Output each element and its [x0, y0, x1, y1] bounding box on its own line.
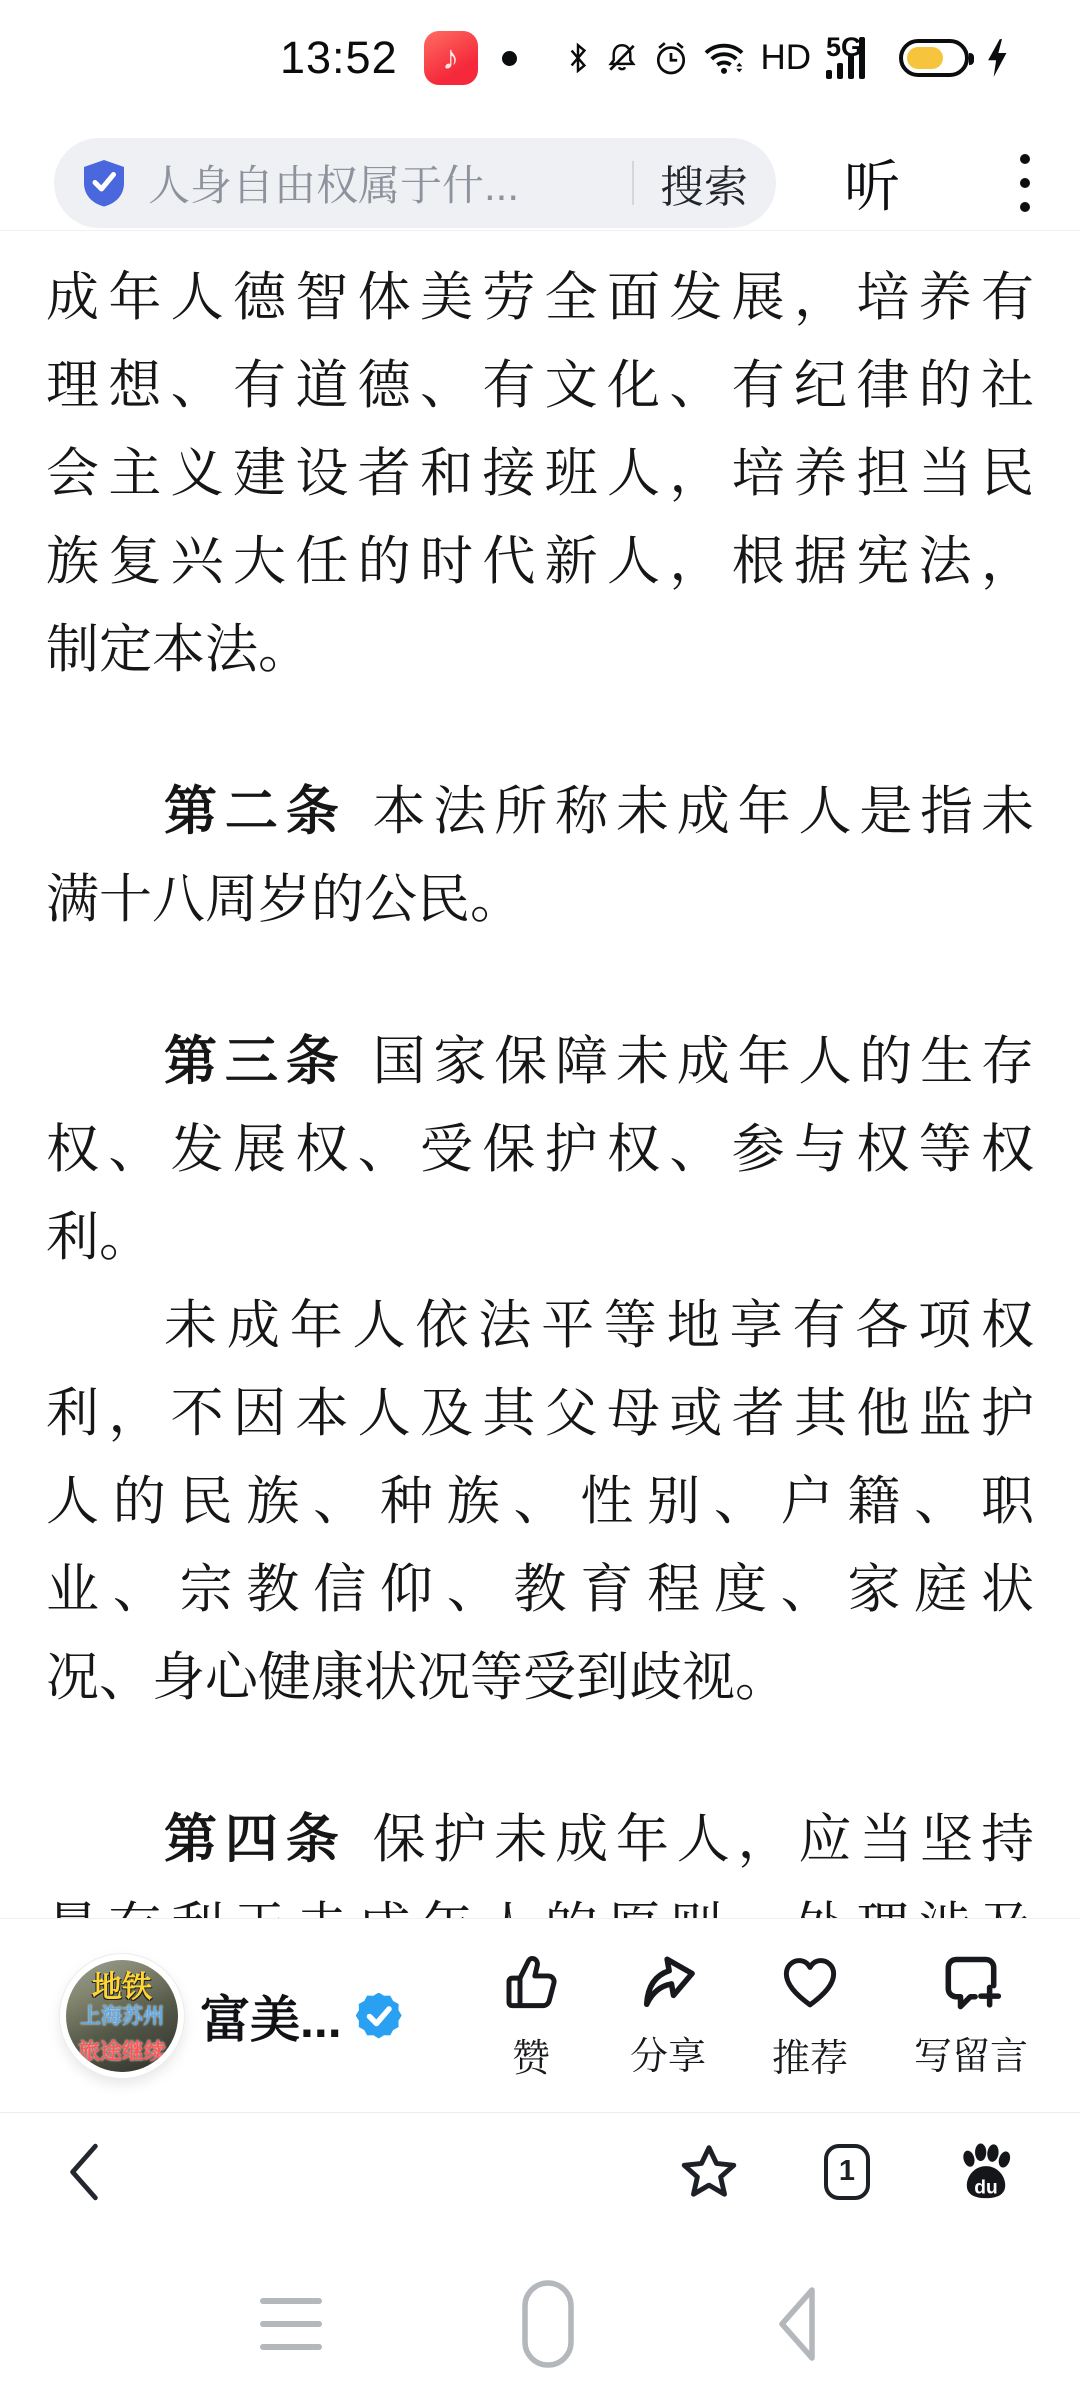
recents-button[interactable]	[260, 2298, 322, 2350]
mute-bell-icon	[605, 41, 639, 75]
comment-button[interactable]: 写留言	[914, 1949, 1028, 2082]
alarm-clock-icon	[654, 40, 688, 76]
article-line: 业、宗教信仰、教育程度、家庭状	[46, 1546, 1034, 1634]
music-app-icon: ♪	[424, 31, 478, 85]
article-line: 最有利于未成年人的原则。处理涉及	[46, 1884, 1034, 1918]
divider	[0, 230, 1080, 231]
article-body: 成年人德智体美劳全面发展，培养有理想、有道德、有文化、有纪律的社会主义建设者和接…	[46, 232, 1034, 1918]
gesture-bar	[0, 2268, 1080, 2380]
phone-screen: 13:52 ♪ HD 5G	[0, 0, 1080, 2400]
clock: 13:52	[280, 32, 398, 84]
article-line: 况、身心健康状况等受到歧视。	[46, 1634, 1034, 1722]
listen-button[interactable]: 听	[844, 143, 900, 223]
favorite-star-button[interactable]	[678, 2141, 740, 2203]
article-line: 会主义建设者和接班人，培养担当民	[46, 430, 1034, 518]
svg-text:du: du	[974, 2177, 997, 2198]
author-avatar[interactable]: 地铁 上海苏州 旅途继续	[60, 1954, 184, 2078]
article-line: 理想、有道德、有文化、有纪律的社	[46, 342, 1034, 430]
search-row: 人身自由权属于什... 搜索 听	[54, 138, 1044, 228]
status-icons: HD 5G	[566, 35, 1010, 81]
article-line: 成年人德智体美劳全面发展，培养有	[46, 254, 1034, 342]
verified-badge-icon	[356, 1993, 402, 2039]
recommend-button[interactable]: 推荐	[772, 1949, 848, 2082]
chevron-left-icon	[62, 2141, 106, 2203]
wifi-icon	[703, 40, 745, 76]
search-button[interactable]: 搜索	[660, 151, 748, 215]
browser-nav-bar: 1 du	[0, 2112, 1080, 2230]
comment-plus-icon	[936, 1949, 1006, 2013]
safety-shield-icon	[80, 158, 128, 208]
article-line: 制定本法。	[46, 606, 1034, 694]
article-line: 权、发展权、受保护权、参与权等权	[46, 1106, 1034, 1194]
action-bar: 赞 分享 推荐 写留言	[498, 1949, 1028, 2082]
article-line: 满十八周岁的公民。	[46, 856, 1034, 944]
bluetooth-icon	[566, 42, 590, 74]
thumbs-up-icon	[498, 1949, 564, 2015]
author-toolbar: 地铁 上海苏州 旅途继续 富美... 赞 分享 推荐	[0, 1918, 1080, 2112]
charging-bolt-icon	[984, 38, 1010, 78]
article-line: 第二条本法所称未成年人是指未	[46, 768, 1034, 856]
like-button[interactable]: 赞	[498, 1949, 564, 2082]
avatar-overlay-text: 旅途继续	[66, 2035, 178, 2066]
article-line: 第三条国家保障未成年人的生存	[46, 1018, 1034, 1106]
tab-counter-button[interactable]: 1	[824, 2144, 870, 2200]
overflow-menu-button[interactable]	[1014, 148, 1036, 218]
search-input[interactable]: 人身自由权属于什...	[148, 153, 620, 213]
search-pill[interactable]: 人身自由权属于什... 搜索	[54, 138, 776, 228]
share-arrow-icon	[633, 1949, 703, 2013]
share-button[interactable]: 分享	[630, 1949, 706, 2082]
heart-icon	[776, 1949, 844, 2015]
divider	[632, 161, 634, 205]
article-line: 利。	[46, 1194, 1034, 1282]
back-button[interactable]	[62, 2141, 106, 2203]
battery-icon	[899, 39, 969, 77]
sound-bars-icon	[66, 2003, 122, 2033]
article-line: 族复兴大任的时代新人，根据宪法，	[46, 518, 1034, 606]
home-button[interactable]	[522, 2280, 574, 2368]
author-name[interactable]: 富美...	[200, 1980, 342, 2052]
article-line: 利，不因本人及其父母或者其他监护	[46, 1370, 1034, 1458]
notification-dot-icon	[502, 51, 517, 66]
baidu-paw-icon[interactable]: du	[954, 2140, 1018, 2204]
signal-5g-icon: 5G	[826, 35, 884, 81]
article-line: 人的民族、种族、性别、户籍、职	[46, 1458, 1034, 1546]
status-bar: 13:52 ♪ HD 5G	[280, 20, 1010, 96]
hd-indicator: HD	[760, 38, 811, 78]
article-line: 第四条保护未成年人，应当坚持	[46, 1796, 1034, 1884]
back-triangle-button[interactable]	[774, 2283, 820, 2365]
article-line: 未成年人依法平等地享有各项权	[46, 1282, 1034, 1370]
